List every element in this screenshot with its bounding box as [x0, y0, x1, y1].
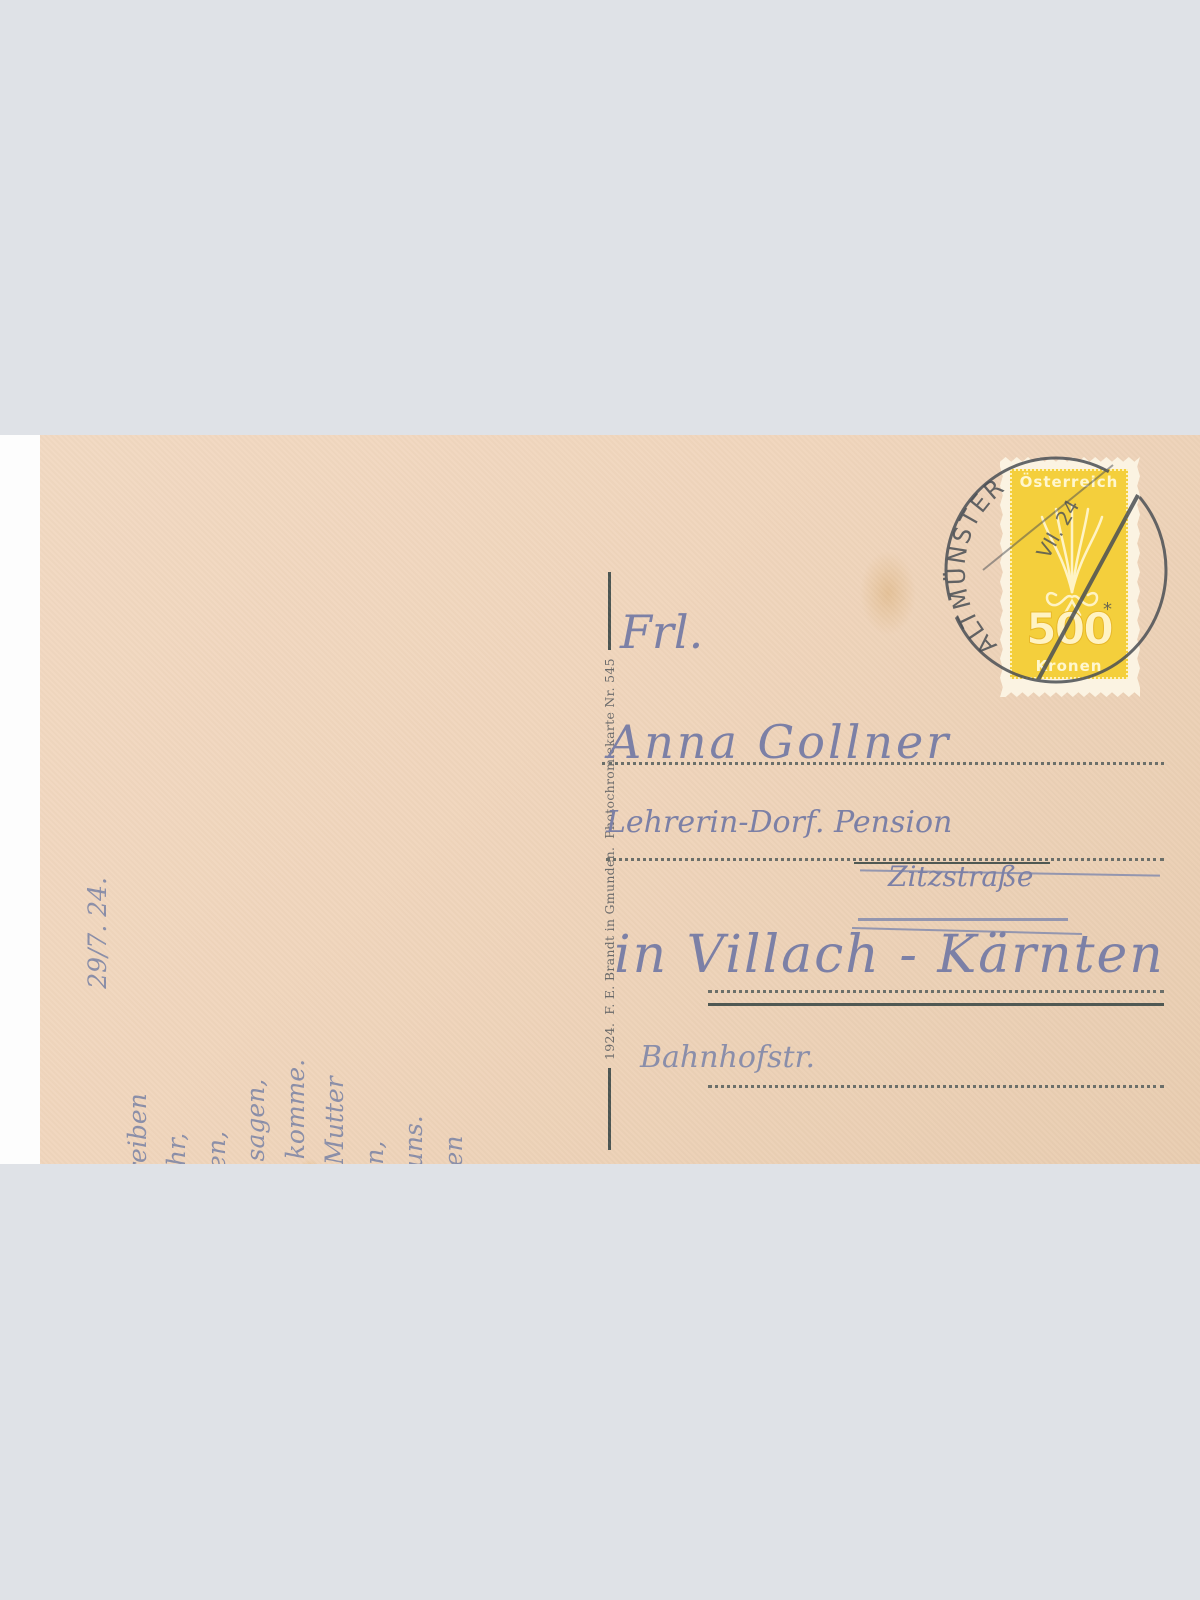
svg-text:*: * [1103, 599, 1112, 620]
address-title: Frl. [620, 605, 703, 659]
address-street-crossed: Zitzstraße [888, 860, 1033, 893]
message-line: Ich erwarte Ihre Antwort. Meine Mutter [315, 867, 355, 1164]
publisher-imprint: 1924. F. E. Brandt in Gmunden. Photochro… [599, 450, 619, 1150]
postmark-town: ALTMÜNSTER [941, 472, 1010, 660]
address-line-1 [602, 762, 1164, 765]
handwritten-message: Liebes Fräulein! 29/7. 24. Schönen Dank … [78, 867, 618, 1164]
address-underline [708, 1003, 1164, 1006]
address-city: in Villach - Kärnten [614, 925, 1165, 985]
divider-rule [608, 1068, 611, 1150]
message-line: Herzliche Grüße Ihre Tante [513, 867, 553, 1164]
message-line: es hängt aber davon ab wann ich komme. [276, 867, 316, 1164]
address-institution: Lehrerin-Dorf. Pension [606, 805, 952, 840]
message-line: wir können es leider nicht genau sagen, [236, 867, 276, 1164]
divider-rule [608, 572, 611, 650]
message-line: bestimmt werden wir Sie besuchen, [197, 867, 237, 1164]
address-line-2 [606, 858, 1164, 861]
strike-line [858, 918, 1068, 921]
postmark-cancellation-icon: ALTMÜNSTER VII. 24 * [928, 440, 1168, 700]
imprint-year: 1924. [602, 1023, 617, 1060]
message-line: und Ihre Karte, es freute mich sehr, [157, 867, 197, 1164]
message-date: 29/7. 24. [78, 877, 118, 989]
message-line: vielleicht kommen Sie einmal zu uns. [394, 867, 434, 1164]
message-line: sendet Ihnen Ihre liebe Grete. [473, 867, 513, 1164]
address-name: Anna Gollner [608, 715, 951, 769]
address-line-3 [708, 990, 1164, 993]
postmark-date: VII. 24 [1032, 495, 1085, 562]
address-line-4 [708, 1085, 1164, 1088]
svg-text:ALTMÜNSTER: ALTMÜNSTER [941, 472, 1010, 660]
address-street: Bahnhofstr. [640, 1040, 815, 1075]
message-line: möchte Sie auch sehr gerne sehen, [355, 867, 395, 1164]
message-line: Schönen Dank für Ihr liebes Schreiben [118, 867, 158, 1164]
message-line: Viele herzliche Grüße von uns allen [434, 867, 474, 1164]
